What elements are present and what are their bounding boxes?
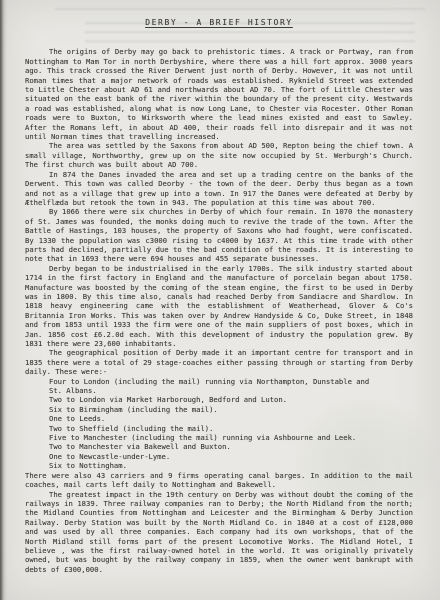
paragraph-railways: The greatest impact in the 19th century … bbox=[25, 490, 413, 575]
paragraph-danes: In 874 the Danes invaded the area and se… bbox=[25, 170, 413, 208]
list-item: Two to Sheffield (including the mail). bbox=[25, 424, 413, 433]
list-item: One to Newcastle-under-Lyme. bbox=[25, 452, 413, 461]
paragraph-medieval: By 1066 there were six churches in Derby… bbox=[25, 207, 413, 263]
paragraph-industry: Derby began to be industrialised in the … bbox=[25, 264, 413, 349]
list-item: Four to London (including the mail) runn… bbox=[25, 377, 413, 386]
paragraph-origins: The origins of Derby may go back to preh… bbox=[25, 47, 413, 141]
list-item: St. Albans. bbox=[25, 386, 413, 395]
page-title: DERBY - A BRIEF HISTORY bbox=[25, 18, 413, 27]
list-item: Six to Birmingham (including the mail). bbox=[25, 405, 413, 414]
paragraph-carriers: There were also 43 carriers and 9 firms … bbox=[25, 471, 413, 490]
ghost-showthrough-rule bbox=[55, 8, 425, 10]
list-item: Two to London via Market Harborough, Bed… bbox=[25, 395, 413, 404]
list-item: Five to Manchester (including the mail) … bbox=[25, 433, 413, 442]
list-item: Two to Manchester via Bakewell and Buxto… bbox=[25, 442, 413, 451]
list-item: One to Leeds. bbox=[25, 414, 413, 423]
paragraph-saxons: The area was settled by the Saxons from … bbox=[25, 141, 413, 169]
stage-coach-list: Four to London (including the mail) runn… bbox=[25, 377, 413, 471]
list-item: Six to Nottingham. bbox=[25, 461, 413, 470]
scan-edge-shadow bbox=[0, 0, 7, 600]
document-body: DERBY - A BRIEF HISTORY The origins of D… bbox=[25, 18, 413, 574]
scanned-document-page: DERBY - A BRIEF HISTORY The origins of D… bbox=[0, 0, 440, 600]
paragraph-transport-intro: The geographical position of Derby made … bbox=[25, 348, 413, 376]
